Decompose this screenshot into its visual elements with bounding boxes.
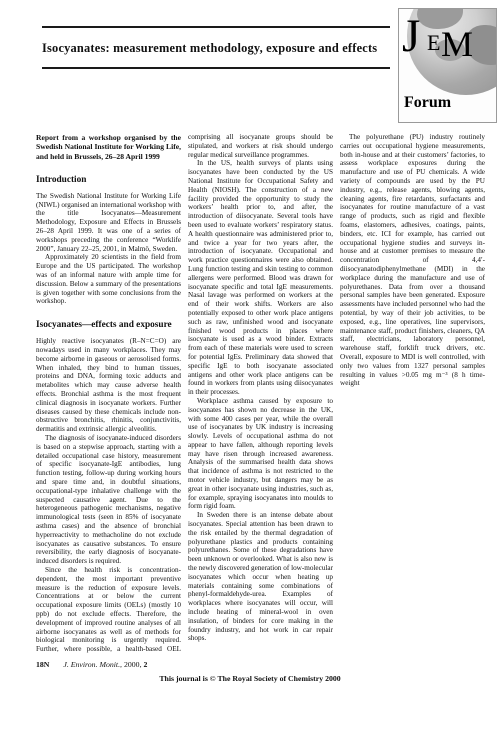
paragraph: Workplace asthma caused by exposure to i… — [188, 397, 333, 511]
title-rule-bottom — [42, 67, 390, 69]
journal-year: 2000, — [124, 660, 142, 669]
paragraph: In Sweden there is an intense debate abo… — [188, 511, 333, 643]
paragraph: Highly reactive isocyanates (R–N=C=O) ar… — [36, 337, 181, 434]
section-heading-effects-exposure: Isocyanates—effects and exposure — [36, 320, 181, 331]
title-rule-top — [42, 26, 390, 28]
article-body: Report from a workshop organised by the … — [36, 133, 485, 657]
journal-logo: J E M Forum — [398, 8, 497, 123]
paragraph: The Swedish National Institute for Worki… — [36, 192, 181, 254]
jem-letter-j: J — [402, 13, 420, 60]
jem-letter-e: E — [427, 32, 440, 54]
jem-logotype: J E M — [402, 9, 497, 79]
page-number: 18N — [36, 660, 49, 669]
journal-page: Isocyanates: measurement methodology, ex… — [0, 0, 500, 748]
jem-letter-m: M — [441, 26, 473, 62]
copyright-notice: This journal is © The Royal Society of C… — [0, 674, 500, 683]
article-title: Isocyanates: measurement methodology, ex… — [42, 41, 392, 56]
paragraph: In the US, health surveys of plants usin… — [188, 159, 333, 397]
workshop-report-note: Report from a workshop organised by the … — [36, 133, 181, 161]
paragraph: Approximately 20 scientists in the field… — [36, 253, 181, 306]
forum-section-label: Forum — [404, 94, 451, 112]
section-heading-introduction: Introduction — [36, 175, 181, 186]
journal-name: J. Environ. Monit., — [63, 660, 122, 669]
paragraph: The diagnosis of isocyanate-induced diso… — [36, 434, 181, 566]
paragraph: The polyurethane (PU) industry routinely… — [340, 133, 485, 388]
journal-volume: 2 — [143, 660, 147, 669]
citation-line: 18N J. Environ. Monit., 2000, 2 — [36, 660, 147, 669]
